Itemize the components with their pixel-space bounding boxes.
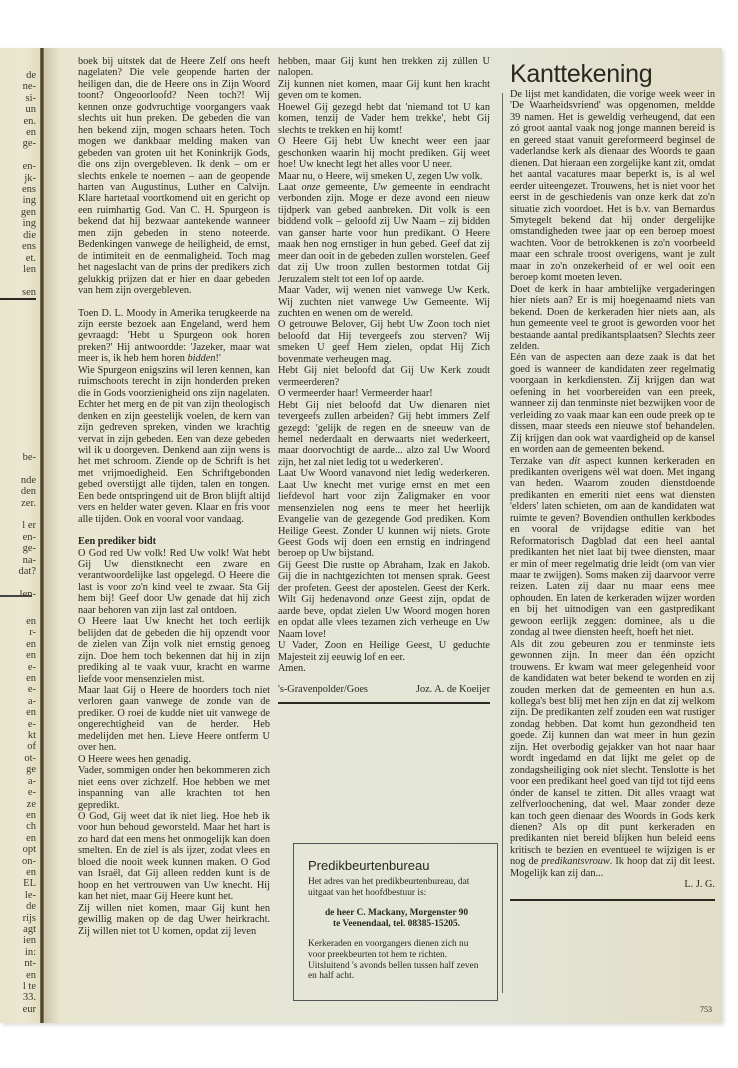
text-run: Terzake van bbox=[510, 456, 569, 467]
text-run: Toen D. L. Moody in Amerika terugkeerde … bbox=[78, 308, 270, 365]
facing-text-fragment: eur bbox=[0, 1004, 36, 1015]
facing-text-fragment: le- bbox=[0, 890, 36, 901]
facing-text-fragment: die bbox=[0, 230, 36, 241]
facing-text-fragment: ge- bbox=[0, 543, 36, 554]
body-paragraph: De lijst met kandidaten, die vorige week… bbox=[510, 89, 715, 284]
prayer-paragraph: O vermeerder haar! Vermeerder haar! bbox=[278, 388, 490, 399]
signature-author: Joz. A. de Koeijer bbox=[416, 684, 490, 695]
text-run: gemeente, bbox=[320, 182, 372, 193]
facing-text-fragment: a- bbox=[0, 696, 36, 707]
facing-text-fragment: nde bbox=[0, 475, 36, 486]
facing-text-fragment: e- bbox=[0, 662, 36, 673]
facing-text-fragment: en bbox=[0, 639, 36, 650]
facing-text-fragment: ens bbox=[0, 241, 36, 252]
prayer-paragraph: Maar laat Gij o Heere de hoorders toch n… bbox=[78, 685, 270, 754]
prayer-paragraph: Gij Geest Die rustte op Abraham, Izak en… bbox=[278, 560, 490, 640]
italic-text: bidden bbox=[188, 353, 216, 364]
facing-text-fragment bbox=[0, 275, 36, 286]
prayer-paragraph: hebben, maar Gij kunt hen trekken zij zú… bbox=[278, 56, 490, 79]
facing-text-fragment: ge bbox=[0, 764, 36, 775]
text-run: Laat bbox=[278, 182, 301, 193]
info-box-address: de heer C. Mackany, Morgenster 90 te Vee… bbox=[308, 908, 485, 929]
predikbeurtenbureau-box: Predikbeurtenbureau Het adres van het pr… bbox=[293, 843, 498, 1001]
facing-text-fragment: rijs bbox=[0, 913, 36, 924]
body-paragraph: Als dit zou gebeuren zou er tenminste ie… bbox=[510, 639, 715, 880]
facing-text-fragment: ge- bbox=[0, 138, 36, 149]
body-paragraph: Wie Spurgeon enigszins wil leren kennen,… bbox=[78, 365, 270, 525]
facing-text-fragment bbox=[0, 509, 36, 520]
facing-text-fragment: ch bbox=[0, 821, 36, 832]
prayer-paragraph: Zij willen niet komen, maar Gij kunt hen… bbox=[78, 903, 270, 937]
facing-text-fragment: EL bbox=[0, 878, 36, 889]
facing-text-fragment: gen bbox=[0, 207, 36, 218]
text-run: Als dit zou gebeuren zou er tenminste ie… bbox=[510, 639, 715, 868]
prayer-paragraph: Maar Vader, wij wenen niet vanwege Uw Ke… bbox=[278, 285, 490, 319]
prayer-paragraph: O Heere laat Uw knecht het toch eerlijk … bbox=[78, 616, 270, 685]
facing-text-fragment: en- bbox=[0, 532, 36, 543]
body-paragraph: Doet de kerk in haar ambtelijke vergader… bbox=[510, 284, 715, 353]
facing-text-fragment: de bbox=[0, 70, 36, 81]
text-run: gemeente in eendracht verbonden zijn. Mo… bbox=[278, 182, 490, 285]
facing-text-fragment: len bbox=[0, 264, 36, 275]
facing-text-fragment: nt- bbox=[0, 958, 36, 969]
body-paragraph: Toen D. L. Moody in Amerika terugkeerde … bbox=[78, 308, 270, 365]
facing-text-fragment: l er bbox=[0, 520, 36, 531]
prayer-paragraph: O God, Gij weet dat ik niet lieg. Hoe he… bbox=[78, 811, 270, 903]
facing-text-fragment: kt bbox=[0, 730, 36, 741]
kanttekening-title: Kanttekening bbox=[510, 60, 715, 88]
facing-text-fragment: et. bbox=[0, 253, 36, 264]
facing-text-fragment: en bbox=[0, 127, 36, 138]
gutter-shadow bbox=[44, 48, 60, 1023]
facing-text-fragment: en bbox=[0, 810, 36, 821]
facing-text-fragment: en bbox=[0, 833, 36, 844]
italic-text: dit bbox=[569, 456, 580, 467]
prayer-closing: U Vader, Zoon en Heilige Geest, U geduch… bbox=[278, 640, 490, 663]
info-box-intro: Het adres van het predikbeurtenbureau, d… bbox=[308, 877, 485, 898]
address-line: te Veenendaal, tel. 08385-15205. bbox=[308, 919, 485, 930]
text-run: aspect kunnen kerkeraden en predikanten … bbox=[510, 456, 715, 639]
prayer-paragraph: Zij kunnen niet komen, maar Gij kunt hen… bbox=[278, 79, 490, 102]
facing-text-fragment: en bbox=[0, 707, 36, 718]
info-box-title: Predikbeurtenbureau bbox=[308, 858, 485, 873]
facing-text-fragment: en bbox=[0, 650, 36, 661]
prayer-paragraph: Hoewel Gij gezegd hebt dat 'niemand tot … bbox=[278, 102, 490, 136]
facing-text-fragment: en bbox=[0, 616, 36, 627]
facing-text-fragment: opt bbox=[0, 844, 36, 855]
facing-text-fragment: e- bbox=[0, 719, 36, 730]
prayer-paragraph: Vader, sommigen onder hen bekommeren zic… bbox=[78, 765, 270, 811]
facing-text-fragment: ing bbox=[0, 218, 36, 229]
italic-text: onze bbox=[301, 182, 320, 193]
facing-text-fragment: be- bbox=[0, 452, 36, 463]
facing-text-fragment: den bbox=[0, 486, 36, 497]
facing-text-fragment: e- bbox=[0, 684, 36, 695]
closing-rule bbox=[510, 899, 715, 901]
prayer-paragraph: Laat onze gemeente, Uw gemeente in eendr… bbox=[278, 182, 490, 285]
facing-text-fragment: un bbox=[0, 104, 36, 115]
prayer-paragraph: Laat Uw Woord vanavond niet ledig wederk… bbox=[278, 468, 490, 560]
facing-text-fragment bbox=[0, 463, 36, 474]
facing-text-fragment: ing bbox=[0, 195, 36, 206]
facing-fragments-top: dene-si-unen.enge- en-jk-ensinggeningdie… bbox=[0, 70, 36, 300]
page-number: 753 bbox=[700, 1005, 712, 1014]
column-divider bbox=[502, 93, 503, 993]
text-run: !' bbox=[216, 353, 221, 364]
body-paragraph: boek bij uitstek dat de Heere Zelf ons h… bbox=[78, 56, 270, 297]
article-signature: 's-Gravenpolder/Goes Joz. A. de Koeijer bbox=[278, 684, 490, 703]
facing-text-fragment: in: bbox=[0, 947, 36, 958]
address-line: de heer C. Mackany, Morgenster 90 bbox=[308, 908, 485, 919]
prayer-paragraph: Hebt Gij niet beloofd dat Gij Uw Kerk zo… bbox=[278, 365, 490, 388]
italic-text: onze bbox=[375, 594, 394, 605]
prayer-paragraph: O getrouwe Belover, Gij hebt Uw Zoon toc… bbox=[278, 319, 490, 365]
prayer-paragraph: O Heere Gij hebt Uw knecht weer een jaar… bbox=[278, 136, 490, 170]
facing-text-fragment: en bbox=[0, 970, 36, 981]
facing-text-fragment: jk- bbox=[0, 173, 36, 184]
facing-text-fragment: si- bbox=[0, 93, 36, 104]
kanttekening-column: Kanttekening De lijst met kandidaten, di… bbox=[510, 62, 715, 901]
prayer-paragraph: O God red Uw volk! Red Uw volk! Wat hebt… bbox=[78, 548, 270, 617]
facing-page-text-fragments: dene-si-unen.enge- en-jk-ensinggeningdie… bbox=[0, 48, 38, 1023]
facing-text-fragment bbox=[0, 150, 36, 161]
facing-text-fragment: r- bbox=[0, 627, 36, 638]
section-subheading: Een prediker bidt bbox=[78, 536, 270, 547]
facing-text-fragment: ens bbox=[0, 184, 36, 195]
facing-box-top-border bbox=[0, 595, 32, 597]
signature-place: 's-Gravenpolder/Goes bbox=[278, 684, 368, 695]
facing-text-fragment: zer. bbox=[0, 498, 36, 509]
facing-text-fragment: 33. bbox=[0, 992, 36, 1003]
facing-text-fragment: ne- bbox=[0, 81, 36, 92]
facing-text-fragment: en- bbox=[0, 161, 36, 172]
body-paragraph: Terzake van dit aspect kunnen kerkeraden… bbox=[510, 456, 715, 639]
prayer-paragraph: O Heere wees hen genadig. bbox=[78, 754, 270, 765]
body-paragraph: Eén van de aspecten aan deze zaak is dat… bbox=[510, 352, 715, 455]
facing-text-fragment: dat? bbox=[0, 566, 36, 577]
facing-text-fragment: en bbox=[0, 673, 36, 684]
facing-text-fragment: agt bbox=[0, 924, 36, 935]
article-column-1: boek bij uitstek dat de Heere Zelf ons h… bbox=[78, 56, 270, 937]
facing-text-fragment: de bbox=[0, 901, 36, 912]
facing-text-fragment: l te bbox=[0, 981, 36, 992]
facing-text-fragment: en bbox=[0, 867, 36, 878]
facing-text-fragment: on- bbox=[0, 856, 36, 867]
facing-fragments-bottom: enr-enene-ene-a-ene-ktofot-gea-e-zeenche… bbox=[0, 616, 36, 1015]
facing-fragments-middle: be- ndedenzer. l eren-ge-na-dat? len- bbox=[0, 452, 36, 600]
italic-text: predikantsvrouw bbox=[541, 856, 609, 867]
prayer-amen: Amen. bbox=[278, 663, 490, 674]
kanttekening-signature: L. J. G. bbox=[510, 879, 715, 890]
facing-text-fragment bbox=[0, 577, 36, 588]
facing-text-fragment: a- bbox=[0, 776, 36, 787]
article-column-2: hebben, maar Gij kunt hen trekken zij zú… bbox=[278, 56, 490, 704]
facing-text-fragment: e- bbox=[0, 787, 36, 798]
facing-text-fragment: na- bbox=[0, 555, 36, 566]
facing-text-fragment: en. bbox=[0, 116, 36, 127]
prayer-paragraph: Maar nu, o Heere, wij smeken U, zegen Uw… bbox=[278, 171, 490, 182]
facing-text-fragment: ien bbox=[0, 935, 36, 946]
facing-text-fragment: ot- bbox=[0, 753, 36, 764]
prayer-paragraph: Hebt Gij niet beloofd dat Uw dienaren ni… bbox=[278, 400, 490, 469]
magazine-page: dene-si-unen.enge- en-jk-ensinggeningdie… bbox=[0, 48, 722, 1023]
facing-text-fragment: sen bbox=[0, 287, 36, 300]
facing-text-fragment: ze bbox=[0, 799, 36, 810]
facing-text-fragment: of bbox=[0, 741, 36, 752]
italic-text: Uw bbox=[373, 182, 387, 193]
info-box-note: Kerkeraden en voorgangers dienen zich nu… bbox=[308, 939, 485, 981]
